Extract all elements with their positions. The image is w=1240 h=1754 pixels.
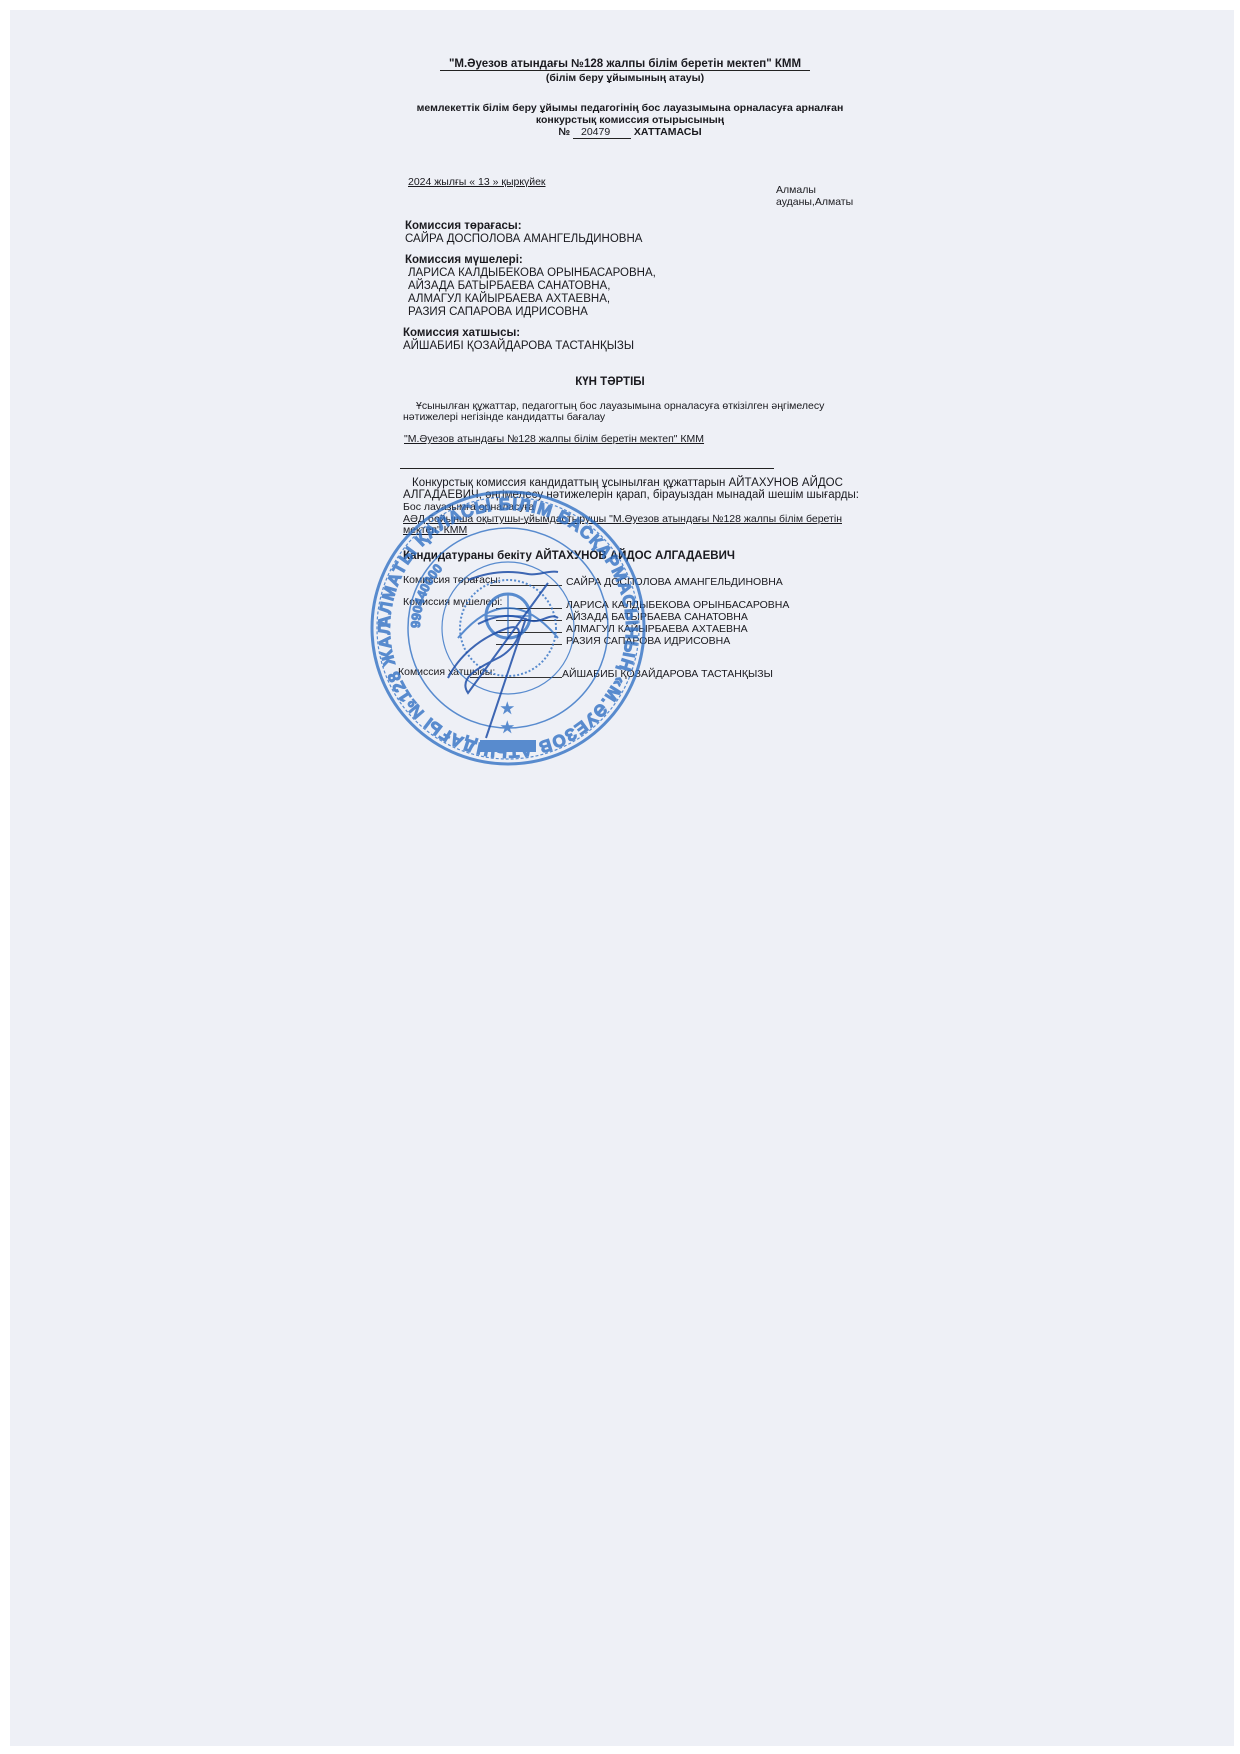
sig-member-name: АЛМАГУЛ КАЙЫРБАЕВА АХТАЕВНА: [566, 623, 748, 635]
sig-member-name: АЙЗАДА БАТЫРБАЕВА САНАТОВНА: [566, 611, 748, 623]
approve-label: Кандидатураны бекіту: [403, 550, 532, 562]
organization-caption: (білім беру ұйымының атауы): [440, 72, 810, 84]
doc-type: ХАТТАМАСЫ: [634, 126, 702, 138]
signature-line: [496, 632, 562, 633]
signature-line: [490, 585, 562, 586]
title-line-2: конкурстық комиссия отырысының: [380, 114, 880, 126]
approve-name: АЙТАХУНОВ АЙДОС АЛГАДАЕВИЧ: [535, 550, 735, 562]
sig-secretary-name: АЙШАБИБІ ҚОЗАЙДАРОВА ТАСТАНҚЫЗЫ: [562, 668, 773, 680]
member-item: АЛМАГУЛ КАЙЫРБАЕВА АХТАЕВНА,: [408, 293, 610, 306]
location-line-2: ауданы,Алматы: [776, 196, 853, 208]
protocol-title: № 20479 ХАТТАМАСЫ: [380, 126, 880, 139]
horizontal-rule: [400, 468, 774, 469]
chair-name: САЙРА ДОСПОЛОВА АМАНГЕЛЬДИНОВНА: [405, 233, 642, 246]
location-line-1: Алмалы: [776, 184, 816, 196]
agenda-heading: КҮН ТӘРТІБІ: [540, 376, 680, 389]
agenda-organization: "М.Әуезов атындағы №128 жалпы білім бере…: [404, 433, 704, 445]
members-label: Комиссия мүшелері:: [405, 254, 523, 267]
protocol-number: 20479: [573, 126, 631, 139]
organization-name: "М.Әуезов атындағы №128 жалпы білім бере…: [440, 58, 810, 71]
secretary-name: АЙШАБИБІ ҚОЗАЙДАРОВА ТАСТАНҚЫЗЫ: [403, 340, 634, 353]
member-item: РАЗИЯ САПАРОВА ИДРИСОВНА: [408, 306, 588, 319]
sig-chair-label: Комиссия төрағасы:: [403, 574, 501, 586]
title-line-1: мемлекеттік білім беру ұйымы педагогінің…: [380, 102, 880, 114]
position-line-2: мектеп" КММ: [403, 524, 467, 536]
signature-line: [470, 677, 562, 678]
sig-member-name: ЛАРИСА КАЛДЫБЕКОВА ОРЫНБАСАРОВНА: [566, 599, 789, 611]
sig-member-name: РАЗИЯ САПАРОВА ИДРИСОВНА: [566, 635, 730, 647]
member-item: АЙЗАДА БАТЫРБАЕВА САНАТОВНА,: [408, 280, 610, 293]
position-line-1: АӘД бойынша оқытушы-ұйымдастырушы "М.Әуе…: [403, 513, 842, 525]
decision-line-3: Бос лауазымға орналасуға: [403, 501, 534, 513]
signature-line: [496, 620, 562, 621]
agenda-text-line-2: нәтижелері негізінде кандидатты бағалау: [403, 411, 605, 423]
sig-members-label: Комиссия мүшелері:: [403, 596, 502, 608]
number-prefix: №: [558, 126, 570, 138]
member-item: ЛАРИСА КАЛДЫБЕКОВА ОРЫНБАСАРОВНА,: [408, 267, 656, 280]
signature-line: [496, 644, 562, 645]
secretary-label: Комиссия хатшысы:: [403, 327, 520, 340]
protocol-date: 2024 жылғы « 13 » қыркүйек: [408, 176, 546, 188]
approve-statement: Кандидатураны бекіту АЙТАХУНОВ АЙДОС АЛГ…: [403, 550, 735, 563]
sig-chair-name: САЙРА ДОСПОЛОВА АМАНГЕЛЬДИНОВНА: [566, 576, 783, 588]
chair-label: Комиссия төрағасы:: [405, 220, 522, 233]
signature-line: [496, 608, 562, 609]
